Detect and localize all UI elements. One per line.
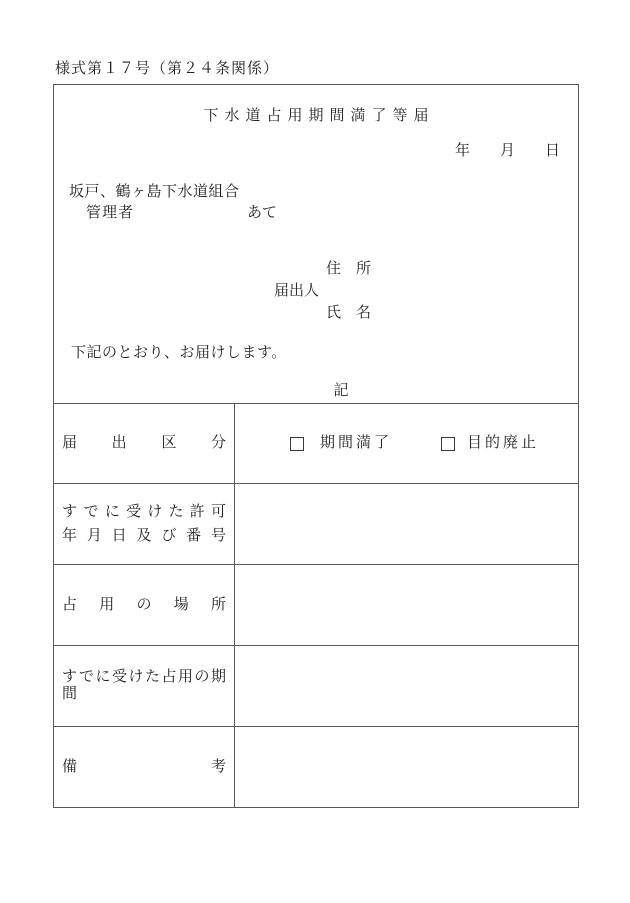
name-label: 氏 名: [326, 305, 371, 322]
row-value-cell: [235, 727, 578, 807]
row-label-line1: すでに受けた許可: [62, 500, 226, 524]
table-row-remarks: 備考: [54, 726, 578, 807]
row-label-cell: 届出区分: [54, 404, 235, 483]
row-label-cell: 備考: [54, 727, 235, 807]
table-row-occupancy-period: すでに受けた占用の期間: [54, 645, 578, 726]
row-value-cell: 期間満了 目的廃止: [235, 404, 578, 483]
record-marker: 記: [54, 383, 578, 400]
row-label-cell: 占用の場所: [54, 565, 235, 645]
row-value-cell: [235, 646, 578, 726]
checkbox-purpose-abolished[interactable]: [441, 437, 455, 451]
row-label-line2: 年月日及び番号: [62, 524, 226, 548]
row-label: 備考: [62, 759, 226, 776]
notice-text: 下記のとおり、お届けします。: [71, 345, 287, 362]
row-label-cell: すでに受けた占用の期間: [54, 646, 235, 726]
row-label: すでに受けた占用の期間: [62, 669, 226, 703]
checkbox-label-purpose-abolished: 目的廃止: [467, 435, 539, 452]
addressee-suffix: あて: [247, 205, 277, 222]
addressee-role: 管理者: [86, 205, 134, 222]
form-document-page: 様式第１７号（第２４条関係） 下水道占用期間満了等届 年 月 日 坂戸、鶴ヶ島下…: [0, 0, 630, 903]
form-number-label: 様式第１７号（第２４条関係）: [55, 61, 279, 78]
form-table: 届出区分 期間満了 目的廃止 すでに受けた許可 年月日及び番号 占用の: [54, 403, 578, 807]
row-label: 占用の場所: [62, 597, 226, 614]
applicant-label: 届出人: [274, 283, 319, 300]
table-row-permit-date-number: すでに受けた許可 年月日及び番号: [54, 483, 578, 564]
row-label-cell: すでに受けた許可 年月日及び番号: [54, 484, 235, 564]
row-value-cell: [235, 484, 578, 564]
checkbox-period-expired[interactable]: [290, 437, 304, 451]
table-row-notification-category: 届出区分 期間満了 目的廃止: [54, 404, 578, 483]
form-title: 下水道占用期間満了等届: [54, 108, 578, 125]
row-label: 届出区分: [62, 435, 226, 452]
row-value-cell: [235, 565, 578, 645]
form-box: 下水道占用期間満了等届 年 月 日 坂戸、鶴ヶ島下水道組合 管理者 あて 住 所…: [53, 84, 579, 808]
checkbox-label-period-expired: 期間満了: [320, 435, 392, 452]
address-label: 住 所: [326, 261, 371, 278]
table-row-occupancy-location: 占用の場所: [54, 564, 578, 645]
date-line: 年 月 日: [455, 143, 560, 160]
addressee-organization: 坂戸、鶴ヶ島下水道組合: [69, 184, 240, 201]
